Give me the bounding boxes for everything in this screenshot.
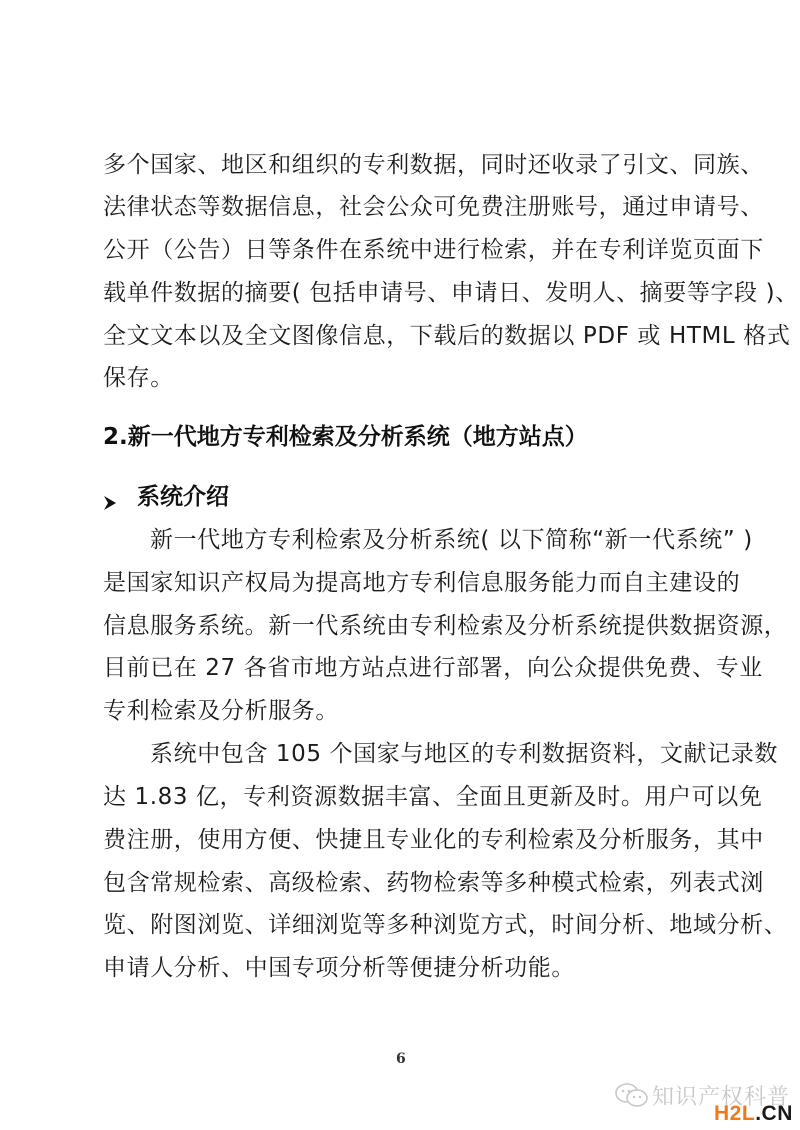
subheading: 系统介绍 [103,482,229,512]
paragraph-1-line-3: 公开（公告）日等条件在系统中进行检索，并在专利详览页面下 [103,235,713,265]
arrowhead-bullet-icon [103,489,117,505]
paragraph-3-line-4: 包含常规检索、高级检索、药物检索等多种模式检索，列表式浏 [103,868,713,898]
page-number: 6 [396,1051,406,1067]
paragraph-1-line-5: 全文文本以及全文图像信息，下载后的数据以 PDF 或 HTML 格式 [103,321,713,351]
paragraph-2-line-5: 专利检索及分析服务。 [103,696,713,726]
watermark-site-h2l: H2L [714,1102,755,1125]
wechat-icon [614,1082,650,1108]
paragraph-2-line-1: 新一代地方专利检索及分析系统( 以下简称“新一代系统” ) [150,525,760,555]
paragraph-3-line-6: 申请人分析、中国专项分析等便捷分析功能。 [103,953,713,983]
paragraph-3-line-5: 览、附图浏览、详细浏览等多种浏览方式，时间分析、地域分析、 [103,910,713,940]
paragraph-2-line-3: 信息服务系统。新一代系统由专利检索及分析系统提供数据资源， [103,611,713,641]
paragraph-1-line-1: 多个国家、地区和组织的专利数据，同时还收录了引文、同族、 [103,150,713,180]
paragraph-1-line-4: 载单件数据的摘要( 包括申请号、申请日、发明人、摘要等字段 )、 [103,278,713,308]
watermark: 知识产权科普 H2L.CN [614,1080,794,1125]
watermark-site: H2L.CN [714,1102,793,1126]
paragraph-1-line-2: 法律状态等数据信息，社会公众可免费注册账号，通过申请号、 [103,192,713,222]
paragraph-1-line-6: 保存。 [103,363,713,393]
paragraph-3-line-2: 达 1.83 亿，专利资源数据丰富、全面且更新及时。用户可以免 [103,782,713,812]
paragraph-3-line-3: 费注册，使用方便、快捷且专业化的专利检索及分析服务，其中 [103,825,713,855]
paragraph-3-line-1: 系统中包含 105 个国家与地区的专利数据资料，文献记录数 [150,739,760,769]
subheading-text: 系统介绍 [137,482,229,512]
paragraph-2-line-4: 目前已在 27 各省市地方站点进行部署，向公众提供免费、专业 [103,653,713,683]
section-heading: 2.新一代地方专利检索及分析系统（地方站点） [103,422,588,452]
paragraph-2-line-2: 是国家知识产权局为提高地方专利信息服务能力而自主建设的 [103,568,713,598]
document-page: 多个国家、地区和组织的专利数据，同时还收录了引文、同族、 法律状态等数据信息，社… [0,0,800,1130]
watermark-site-cn: .CN [755,1102,793,1125]
